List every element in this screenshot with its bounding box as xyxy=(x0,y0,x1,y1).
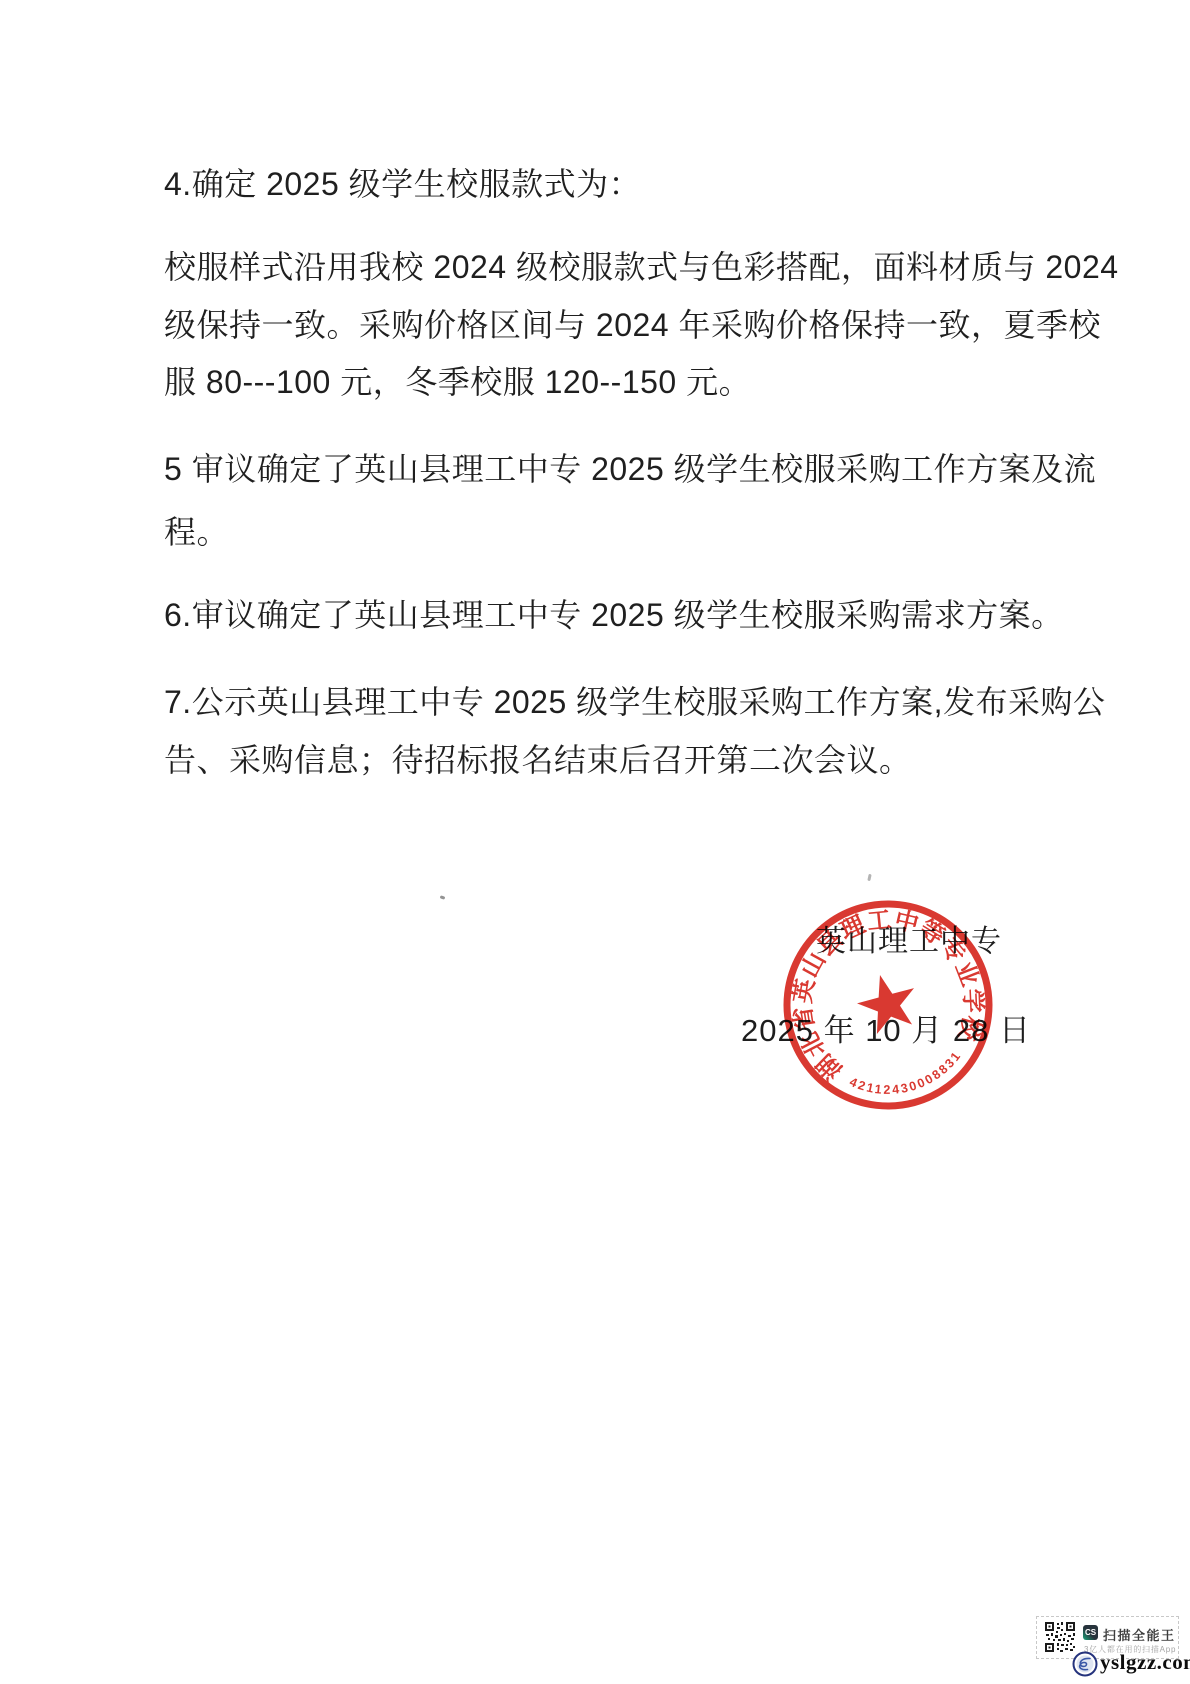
scanned-document-page: 4.确定 2025 级学生校服款式为： 校服样式沿用我校 2024 级校服款式与… xyxy=(0,0,1190,1684)
camscanner-cs-icon: CS xyxy=(1083,1625,1098,1640)
doc-line-item7-1: 7.公示英山县理工中专 2025 级学生校服采购工作方案,发布采购公 xyxy=(164,684,1106,720)
scan-speck xyxy=(440,895,446,900)
doc-line-uniform-price: 服 80---100 元，冬季校服 120--150 元。 xyxy=(164,364,751,400)
yslgzz-logo-icon xyxy=(1072,1651,1098,1677)
yslgzz-site-text: yslgzz.com xyxy=(1100,1650,1190,1675)
qr-code-icon xyxy=(1044,1621,1076,1653)
doc-line-item7-2: 告、采购信息；待招标报名结束后召开第二次会议。 xyxy=(164,742,912,778)
doc-line-item6: 6.审议确定了英山县理工中专 2025 级学生校服采购需求方案。 xyxy=(164,597,1064,633)
official-red-seal: 湖北省英山县理工中等专业学校 42112430008831 xyxy=(772,889,1004,1121)
camscanner-app-name: 扫描全能王 xyxy=(1103,1625,1176,1644)
star-icon xyxy=(851,967,923,1036)
doc-line-uniform-style-2: 级保持一致。采购价格区间与 2024 年采购价格保持一致，夏季校 xyxy=(164,307,1101,343)
scan-speck xyxy=(867,874,871,881)
doc-line-uniform-style-1: 校服样式沿用我校 2024 级校服款式与色彩搭配，面料材质与 2024 xyxy=(164,249,1119,285)
doc-line-item5-2: 程。 xyxy=(164,514,229,550)
doc-line-item5-1: 5 审议确定了英山县理工中专 2025 级学生校服采购工作方案及流 xyxy=(164,451,1096,487)
doc-line-item4-heading: 4.确定 2025 级学生校服款式为： xyxy=(164,166,641,202)
